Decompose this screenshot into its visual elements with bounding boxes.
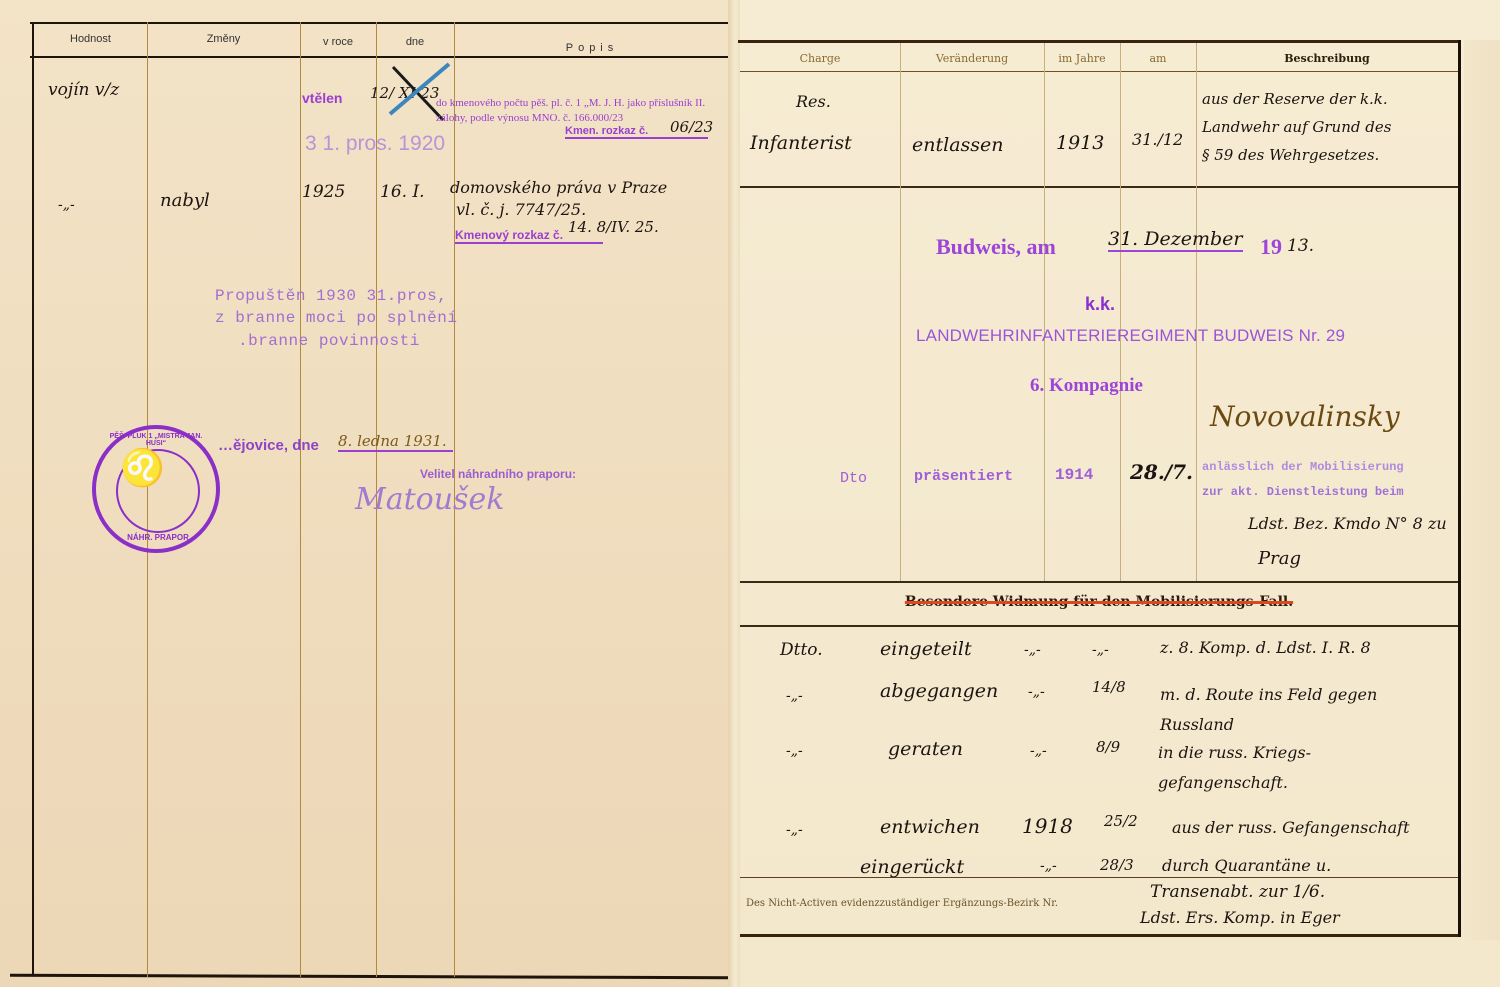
mob-row-col4: 25/2: [1104, 812, 1138, 830]
charge-line2: Infanterist: [750, 132, 852, 154]
presentation-day: 28./7.: [1130, 460, 1193, 484]
description-line2: vl. č. j. 7747/25.: [456, 200, 586, 219]
mob-row-col5: durch Quarantäne u.: [1162, 856, 1331, 875]
header-v-roce: v roce: [300, 36, 376, 48]
officer-signature: Novovalinsky: [1210, 400, 1400, 433]
mob-row-col5: m. d. Route ins Feld gegen Russland: [1160, 680, 1450, 740]
presentation-hand-desc: Ldst. Bez. Kmdo N° 8 zu: [1248, 514, 1447, 533]
header-charge: Charge: [740, 52, 900, 65]
mob-row-col3: 1918: [1022, 814, 1073, 838]
change-cell: nabyl: [160, 190, 210, 211]
presentation-dto: Dto: [840, 470, 867, 487]
change-cell: entlassen: [912, 134, 1004, 156]
discharge-line: Propuštěn 1930 31.pros,: [215, 287, 447, 305]
header-dne: dne: [376, 36, 454, 48]
mobilization-heading: Besondere Widmung für den Mobilisierungs…: [740, 594, 1458, 610]
mob-row-col5: aus der russ. Gefangenschaft: [1172, 818, 1410, 837]
header-bottom-border: [740, 71, 1458, 72]
commander-signature: Matoušek: [355, 482, 504, 517]
seal-text-bottom: NÁHR. PRAPOR: [118, 533, 198, 542]
header-popis: Popis: [454, 42, 730, 54]
stamp-regiment: LANDWEHRINFANTERIEREGIMENT BUDWEIS Nr. 2…: [916, 326, 1345, 346]
stamp-company: 6. Kompagnie: [1030, 375, 1143, 397]
stamp-year-handwritten: 13.: [1287, 236, 1314, 256]
mob-row-col2: eingeteilt: [880, 638, 972, 660]
mob-row-col2: entwichen: [880, 816, 980, 838]
mob-row-col5: in die russ. Kriegs-gefangenschaft.: [1158, 738, 1428, 798]
day-cell: 31./12: [1132, 130, 1183, 149]
table-top-border: [738, 40, 1460, 43]
stamp-date-handwritten: 31. Dezember: [1108, 228, 1243, 252]
mob-row-col4: 8/9: [1096, 738, 1120, 756]
presentation-year: 1914: [1055, 466, 1093, 484]
mob-row-col2: geraten: [888, 738, 963, 760]
col-divider: [1120, 43, 1121, 581]
mob-row-col4: 28/3: [1100, 856, 1134, 874]
presentation-hand-desc: Prag: [1258, 548, 1301, 569]
year-cell: 1925: [302, 182, 345, 202]
presentation-stamp-desc: zur akt. Dienstleistung beim: [1202, 485, 1404, 499]
mob-row-col4: 14/8: [1092, 678, 1126, 696]
commander-label: Velitel náhradního praporu:: [420, 467, 576, 481]
section-border: [740, 581, 1458, 583]
rank-cell: vojín v/z: [48, 80, 119, 100]
section-border: [740, 625, 1458, 627]
description-line: aus der Reserve der k.k.: [1202, 90, 1388, 108]
mob-row-col3: -„-: [1030, 743, 1047, 759]
right-border: [1458, 40, 1461, 937]
footer-top-border: [740, 877, 1458, 878]
mob-row-col4: -„-: [1092, 642, 1109, 658]
year-cell: 1913: [1056, 132, 1104, 154]
mob-row-col3: -„-: [1040, 858, 1057, 874]
mob-row-col1: -„-: [786, 688, 803, 704]
col-divider: [900, 43, 901, 581]
mob-row-col1: Dtto.: [780, 640, 823, 660]
entry-bottom-border: [740, 186, 1458, 188]
stamp-year: 19: [1260, 234, 1282, 260]
col-divider: [300, 22, 301, 977]
order-number: 06/23: [670, 118, 713, 136]
footer-handwritten: Transenabt. zur 1/6.: [1150, 882, 1325, 902]
description-line: Landwehr auf Grund des: [1202, 118, 1391, 136]
date-stamp: 3 1. pros. 1920: [305, 132, 445, 156]
left-page: Hodnost Změny v roce dne Popis vojín v/z…: [0, 0, 740, 987]
charge-line1: Res.: [796, 92, 831, 111]
header-im-jahre: im Jahre: [1044, 52, 1120, 65]
header-zmeny: Změny: [147, 33, 300, 45]
mob-row-col5: z. 8. Komp. d. Ldst. I. R. 8: [1160, 638, 1371, 657]
stamp-kk: k.k.: [1085, 294, 1115, 315]
left-border: [32, 22, 34, 974]
description-cell: domovského práva v Praze: [450, 178, 667, 197]
change-stamp: vtělen: [302, 90, 342, 106]
discharge-line: .branne povinnosti: [238, 332, 420, 350]
header-bottom-border: [30, 56, 730, 58]
mob-row-col2: abgegangen: [880, 680, 998, 702]
table-top-border: [30, 22, 730, 24]
table-bottom-border: [740, 934, 1460, 937]
mob-row-col1: -„-: [786, 743, 803, 759]
col-divider: [1044, 43, 1045, 581]
place-label: …ějovice, dne: [218, 437, 319, 454]
mob-row-col1: -„-: [786, 822, 803, 838]
mob-row-col2: eingerückt: [860, 856, 964, 878]
header-am: am: [1120, 52, 1196, 65]
footer-handwritten: Ldst. Ers. Komp. in Eger: [1140, 908, 1340, 927]
col-divider: [1196, 43, 1197, 581]
table-bottom-border: [10, 974, 730, 980]
day-cell: 16. I.: [380, 182, 425, 202]
page-margin: [1464, 40, 1500, 940]
presentation-stamp-desc: anlässlich der Mobilisierung: [1202, 460, 1404, 474]
place-date: 8. ledna 1931.: [338, 432, 453, 452]
description-line: § 59 des Wehrgesetzes.: [1202, 146, 1379, 164]
order-number: 14. 8/IV. 25.: [568, 218, 659, 236]
header-beschreibung: Beschreibung: [1196, 52, 1458, 65]
footer-label: Des Nicht-Activen evidenzzuständiger Erg…: [746, 898, 1058, 909]
discharge-line: z branne moci po splnění: [215, 309, 457, 327]
stamp-place: Budweis, am: [936, 234, 1056, 260]
rank-cell: -„-: [58, 197, 75, 213]
mob-row-col3: -„-: [1024, 642, 1041, 658]
lion-emblem-icon: ♌: [120, 447, 165, 489]
regiment-seal: ♌ PĚŠ. PLUK 1 „MISTRA JAN. HUSI“ NÁHR. P…: [92, 425, 220, 553]
header-hodnost: Hodnost: [34, 33, 147, 45]
presentation-change: präsentiert: [914, 468, 1013, 485]
header-veraenderung: Veränderung: [900, 52, 1044, 65]
seal-text-top: PĚŠ. PLUK 1 „MISTRA JAN. HUSI“: [106, 433, 206, 447]
right-page: Charge Veränderung im Jahre am Beschreib…: [740, 0, 1500, 987]
mob-row-col3: -„-: [1028, 684, 1045, 700]
